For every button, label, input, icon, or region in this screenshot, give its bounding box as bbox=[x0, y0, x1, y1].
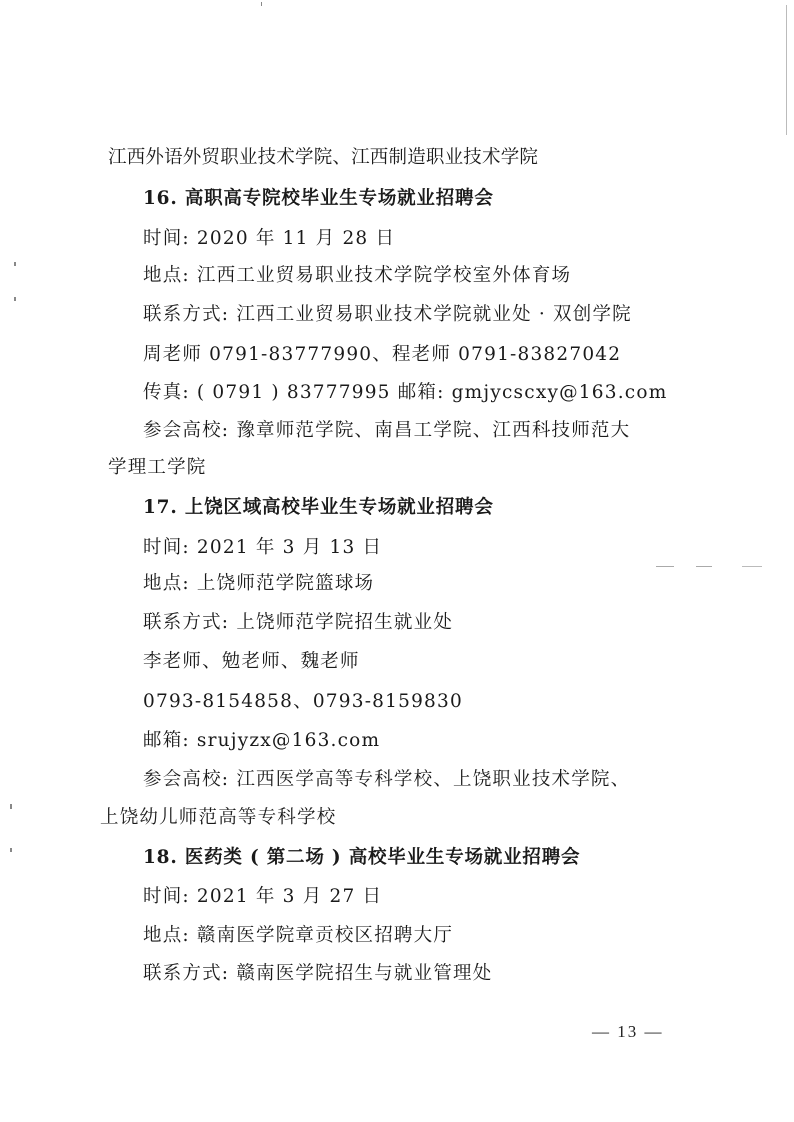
scan-mark bbox=[696, 566, 712, 567]
section-18-contact: 联系方式: 赣南医学院招生与就业管理处 bbox=[143, 962, 492, 986]
scan-mark bbox=[261, 2, 262, 6]
section-16-fax-email: 传真: ( 0791 ) 83777995 邮箱: gmjycscxy@163.… bbox=[143, 381, 667, 405]
scan-mark bbox=[14, 262, 16, 266]
section-17-email: 邮箱: srujyzx@163.com bbox=[143, 729, 380, 753]
section-16-contact-people: 周老师 0791-83777990、程老师 0791-83827042 bbox=[143, 343, 621, 367]
section-18-location: 地点: 赣南医学院章贡校区招聘大厅 bbox=[143, 924, 453, 948]
section-17-phones: 0793-8154858、0793-8159830 bbox=[143, 690, 463, 714]
section-17-heading: 17. 上饶区域高校毕业生专场就业招聘会 bbox=[143, 496, 494, 520]
section-17-location: 地点: 上饶师范学院篮球场 bbox=[143, 572, 374, 596]
section-17-contact-people: 李老师、勉老师、魏老师 bbox=[143, 650, 360, 674]
continuation-line: 江西外语外贸职业技术学院、江西制造职业技术学院 bbox=[108, 146, 538, 170]
section-18-heading: 18. 医药类 ( 第二场 ) 高校毕业生专场就业招聘会 bbox=[143, 846, 580, 870]
section-17-contact: 联系方式: 上饶师范学院招生就业处 bbox=[143, 611, 453, 635]
scan-mark bbox=[656, 566, 674, 567]
section-16-location: 地点: 江西工业贸易职业技术学院学校室外体育场 bbox=[143, 264, 571, 288]
scan-mark bbox=[14, 297, 16, 301]
section-18-time: 时间: 2021 年 3 月 27 日 bbox=[143, 885, 382, 909]
section-16-contact: 联系方式: 江西工业贸易职业技术学院就业处 · 双创学院 bbox=[143, 303, 632, 327]
page-number: — 13 — bbox=[592, 1022, 664, 1042]
scan-mark bbox=[742, 566, 762, 567]
scan-mark bbox=[10, 848, 12, 852]
scan-mark bbox=[10, 804, 12, 809]
scan-edge-line bbox=[786, 5, 787, 135]
section-16-heading: 16. 高职高专院校毕业生专场就业招聘会 bbox=[143, 187, 494, 211]
section-16-participants-cont: 学理工学院 bbox=[108, 456, 207, 480]
section-17-participants: 参会高校: 江西医学高等专科学校、上饶职业技术学院、 bbox=[143, 768, 630, 792]
section-17-participants-cont: 上饶幼儿师范高等专科学校 bbox=[100, 806, 336, 830]
section-17-time: 时间: 2021 年 3 月 13 日 bbox=[143, 536, 382, 560]
section-16-participants: 参会高校: 豫章师范学院、南昌工学院、江西科技师范大 bbox=[143, 419, 630, 443]
section-16-time: 时间: 2020 年 11 月 28 日 bbox=[143, 227, 395, 251]
